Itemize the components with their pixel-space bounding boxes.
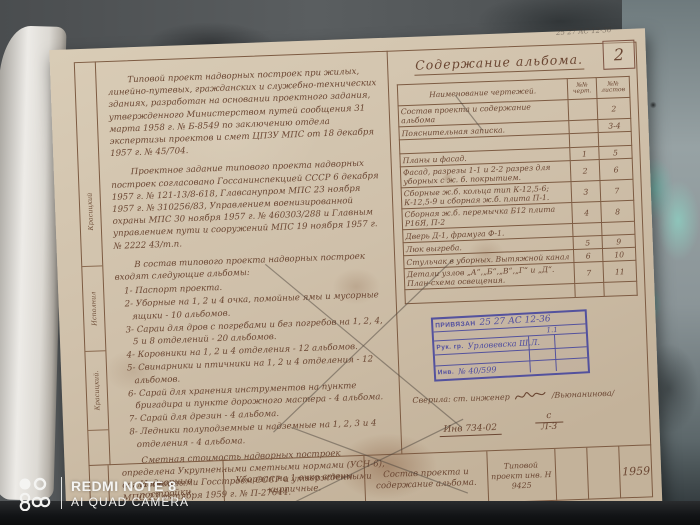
watermark-camera-label: AI QUAD CAMERA: [71, 495, 189, 509]
watermark-separator: [61, 477, 62, 509]
album-title-cell: Состав проекта и содержание альбома.: [365, 451, 489, 507]
explanatory-text-column: Типовой проект надворных построек при жи…: [95, 51, 402, 465]
stamp-inv-number: № 40/599: [458, 365, 497, 376]
fraction-bottom: Л-3: [535, 421, 564, 433]
pencil-note-top: 25 27 АС 12-36: [555, 26, 611, 37]
empty-cell: [555, 448, 589, 501]
photo-of-album-page: 25 27 АС 12-36 Красицкий Исполнил Красиц…: [0, 0, 700, 525]
verified-by-text: Сверила: ст. инженер: [412, 392, 510, 405]
stamp-role-label: Рук. гр.: [436, 343, 464, 351]
watermark-device-name: REDMI NOTE 8: [71, 478, 189, 494]
page-content: Типовой проект надворных построек при жи…: [95, 42, 651, 466]
year-cell: 1959: [619, 445, 653, 498]
sheet-fraction: с Л-3: [534, 412, 563, 434]
project-number-cell: Типовой проект инв. Н 9425: [487, 449, 557, 503]
registration-stamp: ПРИВЯЗАН 25 27 АС 12-36 1.1 Рук. гр. Урл…: [431, 309, 590, 381]
document-page: 25 27 АС 12-36 Красицкий Исполнил Красиц…: [49, 28, 662, 525]
contents-column: 2 Содержание альбома. Наименование черте…: [388, 42, 652, 455]
col-header-sheet-no: №№ листов: [596, 76, 630, 98]
empty-cell: [587, 446, 621, 499]
camera-brand-icon: [16, 475, 52, 511]
stamp-inv-label: Инв.: [438, 368, 455, 376]
watermark-text: REDMI NOTE 8 AI QUAD CAMERA: [71, 478, 189, 509]
signature-scribble: [513, 388, 547, 403]
verified-by-line: Сверила: ст. инженер /Вьюнанинова/: [412, 385, 641, 407]
paragraph-approvals: Проектное задание типового проекта надво…: [111, 157, 384, 252]
contents-table: Наименование чертежей. №№ черт. №№ листо…: [397, 76, 638, 304]
contents-title: Содержание альбома.: [414, 52, 585, 76]
inventory-note: Инв 734-02: [439, 423, 501, 437]
stamp-printed-label: ПРИВЯЗАН: [435, 320, 476, 329]
verified-by-name: /Вьюнанинова/: [552, 388, 615, 399]
camera-watermark: REDMI NOTE 8 AI QUAD CAMERA: [16, 475, 189, 511]
col-header-drawing-no: №№ черт.: [567, 78, 597, 100]
fraction-top: с: [546, 412, 551, 422]
albums-list: 1- Паспорт проекта. 2- Уборные на 1, 2 и…: [115, 276, 391, 451]
page-number-box: 2: [602, 40, 635, 70]
margin-cell-name-2: Красицкий.: [84, 351, 108, 431]
inventory-note-row: Инв 734-02 с Л-3: [439, 409, 643, 437]
paragraph-project-basis: Типовой проект надворных построек при жи…: [107, 65, 380, 160]
margin-cell-empty-2: [87, 430, 109, 466]
